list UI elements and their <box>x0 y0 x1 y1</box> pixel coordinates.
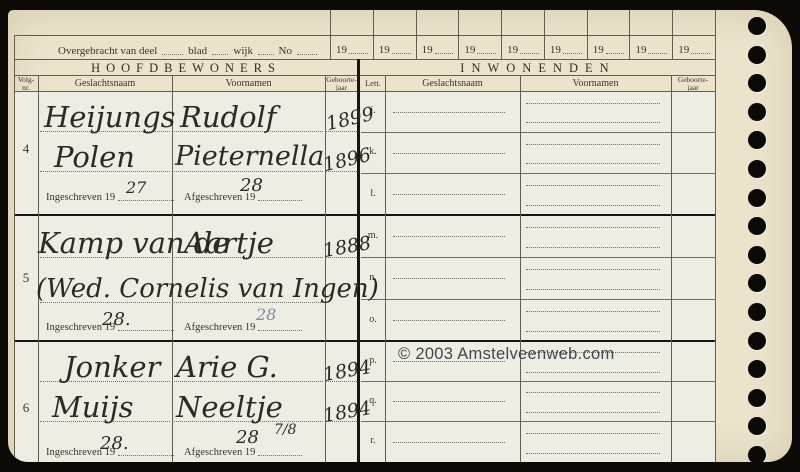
afgeschreven-jaar: 28 <box>240 177 263 195</box>
volgnr: 5 <box>14 271 38 285</box>
letter-row-line <box>361 421 715 422</box>
year-blank <box>563 53 582 54</box>
letter-label: r. <box>361 435 385 446</box>
write-line <box>526 205 660 206</box>
grid-line <box>671 75 672 462</box>
binder-hole <box>748 189 766 207</box>
transfer-label-deel: Overgebracht van deel <box>58 45 157 57</box>
section-divider-line <box>14 340 715 342</box>
year-row: 19 19 19 19 19 19 19 19 19 <box>330 35 715 59</box>
entry-voornamen: Arie G. <box>176 353 278 382</box>
transfer-blank-deel <box>162 54 183 55</box>
inwonenden-title: INWONENDEN <box>361 61 715 76</box>
entry-geslachtsnaam: Polen <box>54 143 135 172</box>
index-tab-cell <box>416 10 459 35</box>
letter-row-line <box>361 299 715 300</box>
year-cell: 19 <box>373 35 416 59</box>
index-tab-cell <box>330 10 373 35</box>
afgeschreven-blank <box>258 330 302 331</box>
transfer-blank-blad <box>212 54 228 55</box>
index-tab-cell <box>544 10 587 35</box>
year-prefix: 19 <box>379 44 390 56</box>
entry-geslachtsnaam: Heijungs <box>44 103 176 132</box>
write-line <box>526 392 660 393</box>
transfer-label-no: No <box>279 45 292 57</box>
write-line <box>526 453 660 454</box>
entry-note: (Wed. Cornelis van Ingen) <box>36 276 379 302</box>
write-line <box>526 331 660 332</box>
letter-row-line <box>361 173 715 174</box>
binder-hole <box>748 446 766 462</box>
transfer-blank-wijk <box>258 54 274 55</box>
index-tab-cell <box>501 10 544 35</box>
write-line <box>526 185 660 186</box>
year-cell: 19 <box>458 35 501 59</box>
year-cell: 19 <box>330 35 373 59</box>
year-blank <box>392 53 411 54</box>
binder-hole <box>748 417 766 435</box>
entry-voornamen: Pieternella <box>175 143 324 170</box>
transfer-blank-no <box>297 54 317 55</box>
binder-hole <box>748 17 766 35</box>
binder-hole <box>748 246 766 264</box>
ingeschreven-jaar: 27 <box>126 180 146 196</box>
colhead-volgnr: Volg- nr. <box>14 76 38 92</box>
colhead-lett: Lett. <box>361 79 385 88</box>
colhead-geboortejaar-right: Geboorte- jaar <box>671 76 715 92</box>
write-line <box>393 442 505 443</box>
entry-voornamen: Aartje <box>184 229 274 258</box>
binder-hole <box>748 303 766 321</box>
entry-geslachtsnaam: Jonker <box>64 353 160 382</box>
year-blank <box>349 53 368 54</box>
letter-row-line <box>361 257 715 258</box>
year-prefix: 19 <box>464 44 475 56</box>
colhead-voornamen-left: Voornamen <box>172 78 325 89</box>
binder-hole <box>748 74 766 92</box>
write-line <box>526 289 660 290</box>
year-cell: 19 <box>501 35 544 59</box>
binder-hole <box>748 360 766 378</box>
entry-voornamen: Neeltje <box>176 393 283 422</box>
letter-row-line <box>361 132 715 133</box>
write-line <box>526 103 660 104</box>
grid-line <box>14 59 715 60</box>
index-tab-cell <box>672 10 715 35</box>
afgeschreven-jaar: 28 <box>236 429 259 447</box>
year-cell: 19 <box>629 35 672 59</box>
colhead-geslachtsnaam-left: Geslachtsnaam <box>38 78 172 89</box>
year-prefix: 19 <box>593 44 604 56</box>
grid-line <box>520 75 521 462</box>
write-line <box>526 144 660 145</box>
binder-hole <box>748 274 766 292</box>
afgeschreven-blank <box>258 200 302 201</box>
afgeschreven-row: Afgeschreven 19 <box>184 319 302 333</box>
year-prefix: 19 <box>635 44 646 56</box>
year-prefix: 19 <box>678 44 689 56</box>
afgeschreven-label: Afgeschreven 19 <box>184 447 255 458</box>
ingeschreven-blank <box>118 200 174 201</box>
write-line <box>526 372 660 373</box>
write-line <box>393 153 505 154</box>
index-tab-cell <box>458 10 501 35</box>
letter-label: o. <box>361 314 385 325</box>
year-blank <box>606 53 625 54</box>
afgeschreven-label: Afgeschreven 19 <box>184 322 255 333</box>
year-cell: 19 <box>672 35 715 59</box>
grid-line <box>38 75 39 462</box>
year-prefix: 19 <box>336 44 347 56</box>
year-blank <box>691 53 710 54</box>
year-cell: 19 <box>544 35 587 59</box>
year-blank <box>435 53 454 54</box>
year-cell: 19 <box>416 35 459 59</box>
index-tab-cell <box>629 10 672 35</box>
grid-line <box>14 91 715 92</box>
write-line <box>526 269 660 270</box>
write-line <box>526 227 660 228</box>
year-prefix: 19 <box>550 44 561 56</box>
binder-hole <box>748 217 766 235</box>
year-prefix: 19 <box>422 44 433 56</box>
grid-line <box>14 35 15 462</box>
afgeschreven-blank <box>258 455 302 456</box>
write-line <box>526 311 660 312</box>
binder-hole <box>748 389 766 407</box>
ingeschreven-jaar: 28. <box>102 311 131 329</box>
volgnr: 6 <box>14 401 38 415</box>
grid-line <box>14 75 715 76</box>
write-line <box>393 194 505 195</box>
year-blank <box>520 53 539 54</box>
entry-geslachtsnaam: Muijs <box>52 393 134 422</box>
photo-background: Overgebracht van deel blad wijk No 19 19… <box>0 0 800 472</box>
ingeschreven-row: Ingeschreven 19 <box>46 189 174 203</box>
index-tab-row <box>330 10 715 35</box>
transfer-label-blad: blad <box>188 45 207 57</box>
write-line <box>526 247 660 248</box>
write-line <box>526 122 660 123</box>
write-line <box>526 163 660 164</box>
write-line <box>393 278 505 279</box>
binder-hole <box>748 131 766 149</box>
letter-label: l. <box>361 188 385 199</box>
grid-line <box>385 75 386 462</box>
year-cell: 19 <box>587 35 630 59</box>
letter-row-line <box>361 381 715 382</box>
write-line <box>393 320 505 321</box>
afgeschreven-extra: 7/8 <box>274 423 297 437</box>
year-blank <box>648 53 667 54</box>
grid-line <box>14 35 715 36</box>
year-blank <box>477 53 496 54</box>
afgeschreven-jaar: 28 <box>256 307 276 323</box>
entry-voornamen: Rudolf <box>180 103 277 132</box>
grid-line <box>715 10 716 462</box>
colhead-geslachtsnaam-right: Geslachtsnaam <box>385 78 520 89</box>
ingeschreven-blank <box>118 455 174 456</box>
hoofdbewoners-title: HOOFDBEWONERS <box>14 61 358 76</box>
binder-hole <box>748 46 766 64</box>
write-line <box>526 433 660 434</box>
section-divider-line <box>14 214 715 216</box>
colhead-voornamen-right: Voornamen <box>520 78 671 89</box>
volgnr: 4 <box>14 142 38 156</box>
write-line <box>393 401 505 402</box>
write-line <box>393 236 505 237</box>
watermark-text: © 2003 Amstelveenweb.com <box>398 345 615 364</box>
ingeschreven-jaar: 28. <box>100 435 129 453</box>
write-line <box>526 412 660 413</box>
register-card: Overgebracht van deel blad wijk No 19 19… <box>8 10 792 462</box>
colhead-geboortejaar-left: Geboorte- jaar <box>325 76 358 92</box>
ingeschreven-blank <box>118 330 174 331</box>
transfer-label-wijk: wijk <box>233 45 253 57</box>
binder-hole <box>748 103 766 121</box>
ingeschreven-label: Ingeschreven 19 <box>46 192 115 203</box>
transfer-row: Overgebracht van deel blad wijk No <box>58 37 322 57</box>
binder-hole <box>748 332 766 350</box>
write-line <box>393 112 505 113</box>
year-prefix: 19 <box>507 44 518 56</box>
index-tab-cell <box>587 10 630 35</box>
index-tab-cell <box>373 10 416 35</box>
binder-hole <box>748 160 766 178</box>
